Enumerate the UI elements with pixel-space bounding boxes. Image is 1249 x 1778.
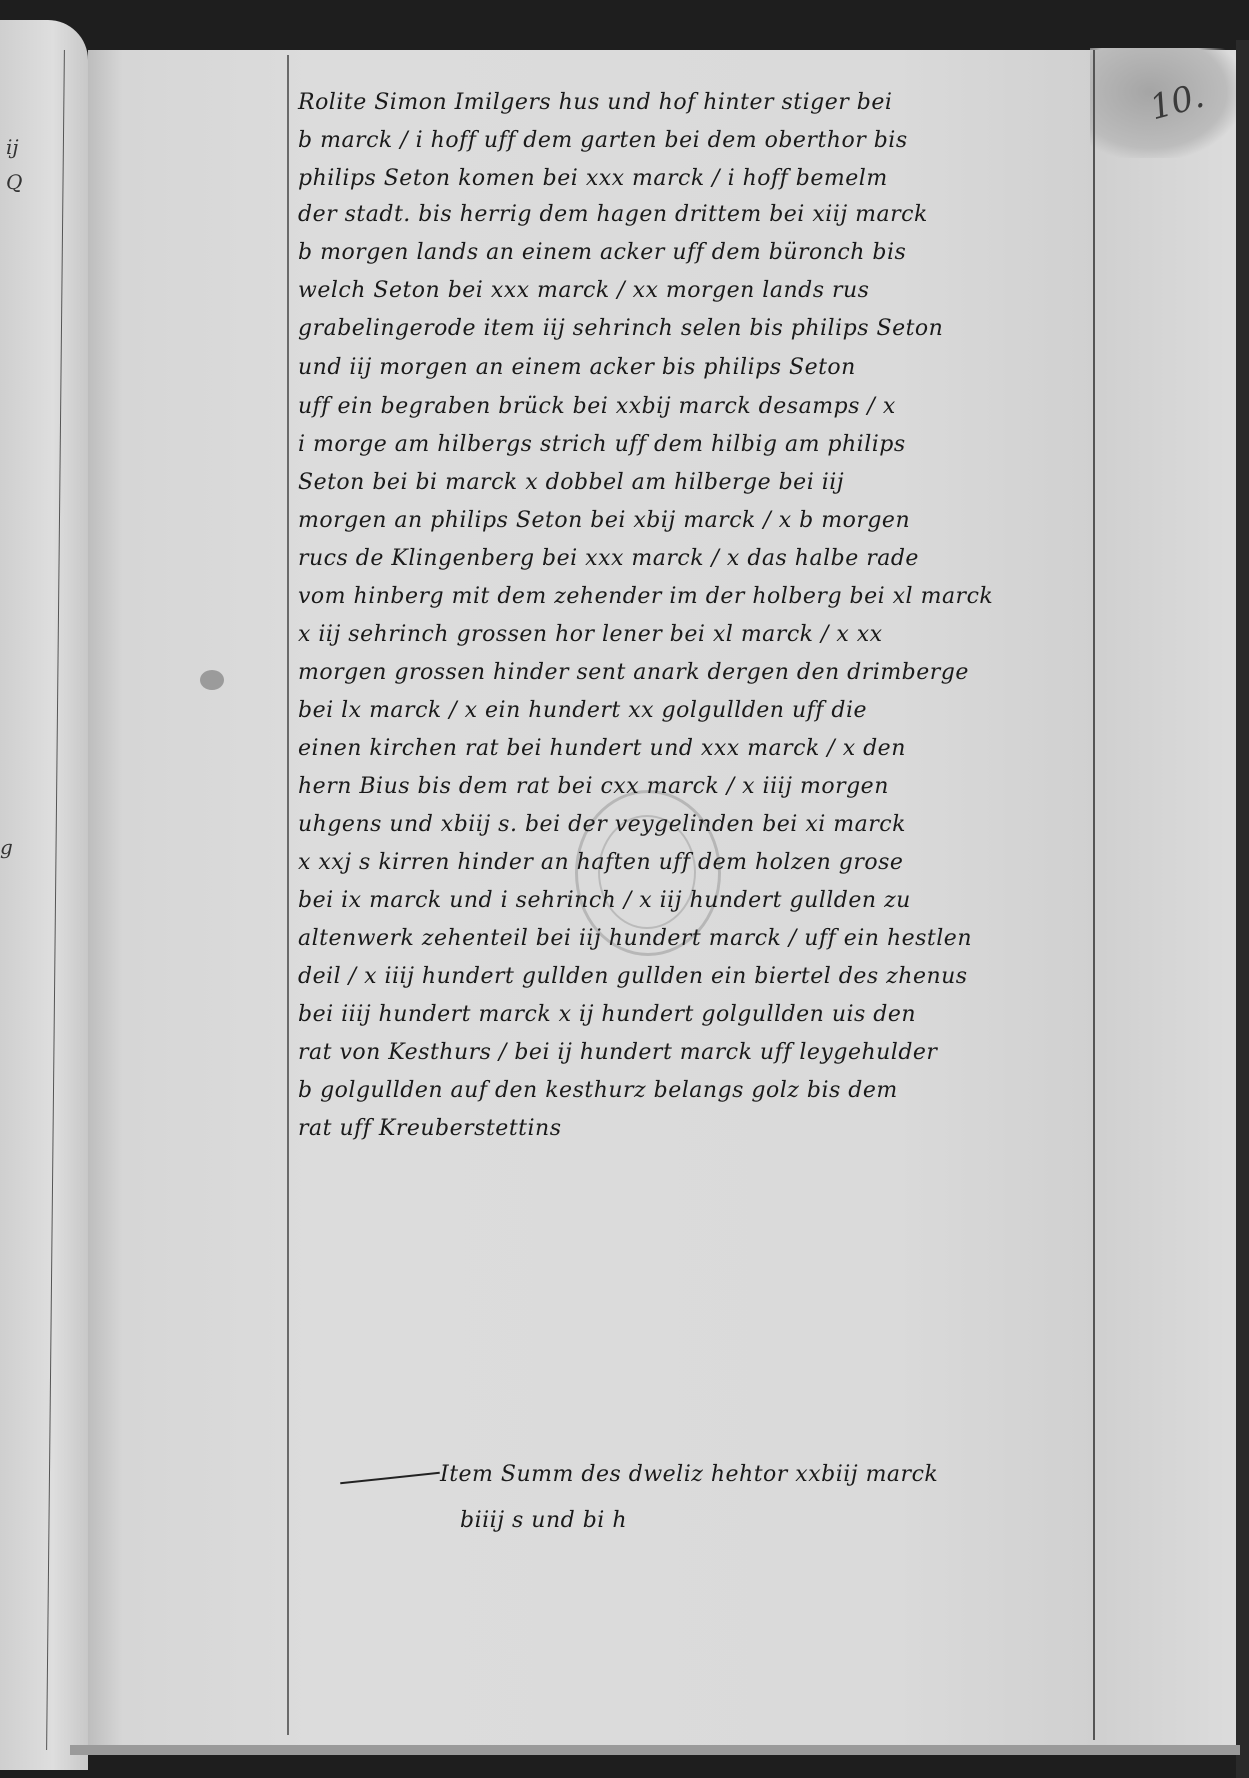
text-line: philips Seton komen bei xxx marck / i ho… <box>298 166 888 191</box>
text-line: einen kirchen rat bei hundert und xxx ma… <box>298 736 906 761</box>
left-page-mark: g <box>0 835 13 859</box>
text-line: uff ein begraben brück bei xxbij marck d… <box>298 394 896 419</box>
left-page-mark: ij <box>6 135 19 159</box>
text-line: bei iiij hundert marck x ij hundert golg… <box>298 1002 916 1027</box>
text-line: rat uff Kreuberstettins <box>298 1116 562 1141</box>
text-line: b marck / i hoff uff dem garten bei dem … <box>298 128 908 153</box>
closing-line: Item Summ des dweliz hehtor xxbiij marck <box>440 1462 938 1487</box>
text-line: b morgen lands an einem acker uff dem bü… <box>298 240 906 265</box>
text-line: der stadt. bis herrig dem hagen drittem … <box>298 202 928 227</box>
text-line: altenwerk zehenteil bei iij hundert marc… <box>298 926 972 951</box>
closing-line: biiij s und bi h <box>460 1508 627 1533</box>
text-line: x xxj s kirren hinder an haften uff dem … <box>298 850 903 875</box>
text-line: Rolite Simon Imilgers hus und hof hinter… <box>298 90 892 115</box>
text-line: uhgens und xbiij s. bei der veygelinden … <box>298 812 906 837</box>
text-line: und iij morgen an einem acker bis philip… <box>298 355 856 380</box>
text-line: Seton bei bi marck x dobbel am hilberge … <box>298 470 844 495</box>
page-bottom-edge <box>70 1745 1240 1755</box>
text-line: welch Seton bei xxx marck / xx morgen la… <box>298 278 869 303</box>
text-line: bei ix marck und i sehrinch / x iij hund… <box>298 888 911 913</box>
page-edge-shadow <box>1236 40 1249 1778</box>
text-line: grabelingerode item iij sehrinch selen b… <box>298 316 943 341</box>
text-line: bei lx marck / x ein hundert xx golgulld… <box>298 698 867 723</box>
text-line: i morge am hilbergs strich uff dem hilbi… <box>298 432 906 457</box>
left-page-rule <box>46 50 65 1750</box>
left-page: ij Q g <box>0 20 88 1770</box>
text-line: hern Bius bis dem rat bei cxx marck / x … <box>298 774 889 799</box>
text-line: rat von Kesthurs / bei ij hundert marck … <box>298 1040 937 1065</box>
left-page-mark: Q <box>6 170 22 194</box>
text-line: morgen grossen hinder sent anark dergen … <box>298 660 969 685</box>
text-line: b golgullden auf den kesthurz belangs go… <box>298 1078 898 1103</box>
margin-rule-left <box>287 55 289 1735</box>
text-line: deil / x iiij hundert gullden gullden ei… <box>298 964 968 989</box>
ink-blot <box>200 670 224 690</box>
text-line: vom hinberg mit dem zehender im der holb… <box>298 584 993 609</box>
text-line: rucs de Klingenberg bei xxx marck / x da… <box>298 546 919 571</box>
text-line: morgen an philips Seton bei xbij marck /… <box>298 508 910 533</box>
text-line: x iij sehrinch grossen hor lener bei xl … <box>298 622 883 647</box>
margin-rule-right <box>1093 50 1095 1740</box>
